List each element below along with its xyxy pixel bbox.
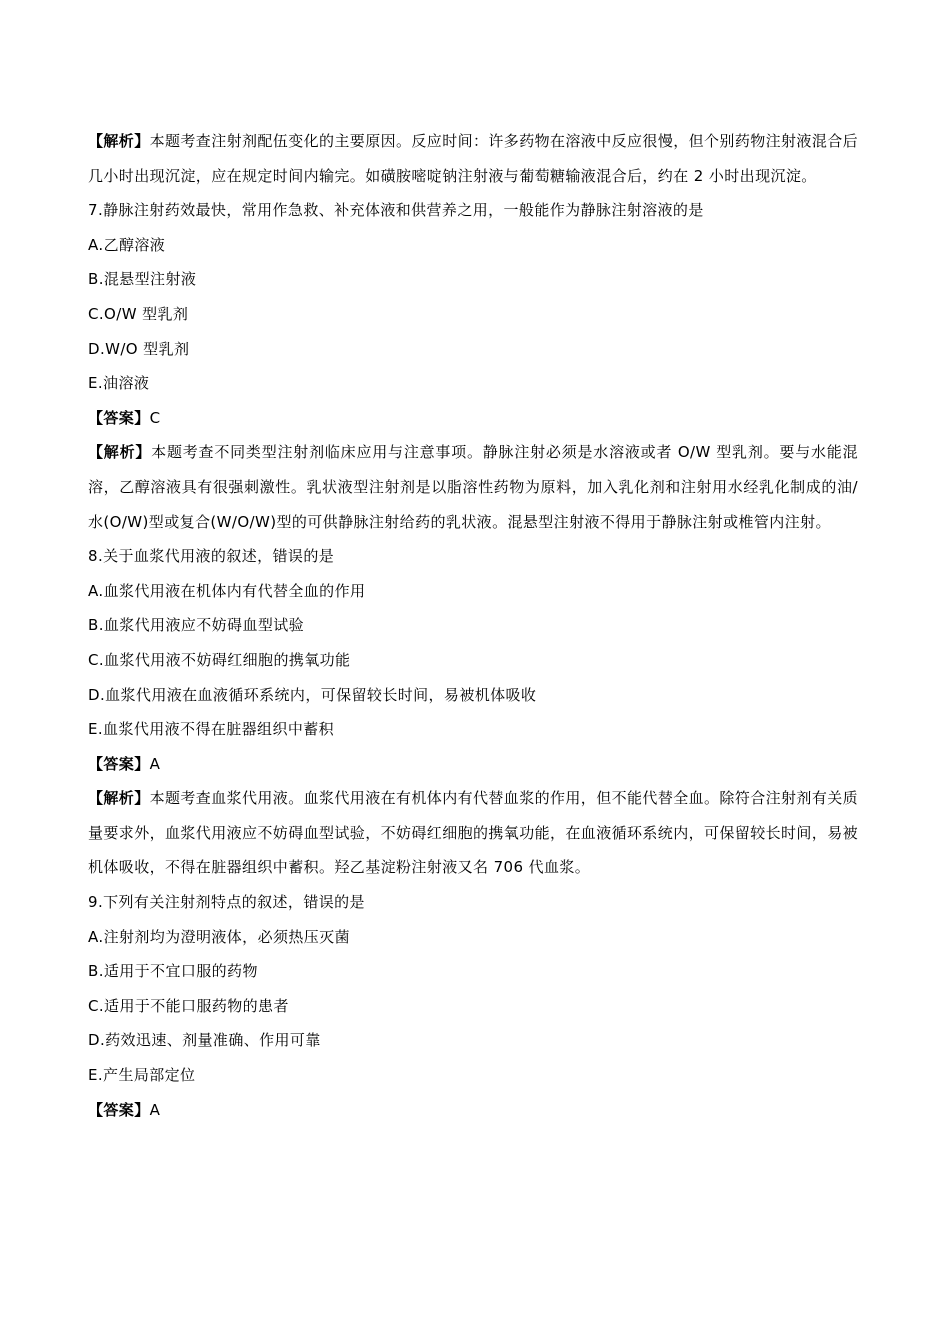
question-9-option-d: D.药效迅速、剂量准确、作用可靠	[88, 1023, 858, 1058]
option-text: 适用于不能口服药物的患者	[104, 997, 289, 1015]
answer-value: C	[150, 409, 161, 427]
option-text: O/W 型乳剂	[104, 305, 188, 323]
question-8-option-e: E.血浆代用液不得在脏器组织中蓄积	[88, 712, 858, 747]
question-7-option-b: B.混悬型注射液	[88, 262, 858, 297]
question-8-option-d: D.血浆代用液在血液循环系统内，可保留较长时间，易被机体吸收	[88, 678, 858, 713]
question-number: 8.	[88, 547, 103, 565]
answer-label: 【答案】	[88, 755, 150, 773]
answer-label: 【答案】	[88, 1101, 150, 1119]
option-key: D.	[88, 340, 105, 358]
option-key: D.	[88, 686, 105, 704]
option-key: D.	[88, 1031, 105, 1049]
option-key: E.	[88, 1066, 103, 1084]
answer-value: A	[150, 1101, 161, 1119]
option-text: 油溶液	[103, 374, 149, 392]
question-stem: 下列有关注射剂特点的叙述，错误的是	[103, 893, 365, 911]
option-key: C.	[88, 651, 104, 669]
question-8-option-a: A.血浆代用液在机体内有代替全血的作用	[88, 574, 858, 609]
option-text: 产生局部定位	[103, 1066, 195, 1084]
answer-value: A	[150, 755, 161, 773]
option-key: C.	[88, 997, 104, 1015]
analysis-text: 本题考查血浆代用液。血浆代用液在有机体内有代替血浆的作用，但不能代替全血。除符合…	[88, 789, 858, 876]
question-8-option-b: B.血浆代用液应不妨碍血型试验	[88, 608, 858, 643]
answer-label: 【答案】	[88, 409, 150, 427]
option-text: 药效迅速、剂量准确、作用可靠	[105, 1031, 321, 1049]
option-text: 血浆代用液不妨碍红细胞的携氧功能	[104, 651, 350, 669]
option-text: 血浆代用液应不妨碍血型试验	[104, 616, 304, 634]
option-key: A.	[88, 582, 104, 600]
option-text: 乙醇溶液	[104, 236, 166, 254]
analysis-label: 【解析】	[88, 443, 151, 461]
question-9-stem: 9.下列有关注射剂特点的叙述，错误的是	[88, 885, 858, 920]
option-text: 血浆代用液不得在脏器组织中蓄积	[103, 720, 334, 738]
option-text: W/O 型乳剂	[105, 340, 189, 358]
question-8-option-c: C.血浆代用液不妨碍红细胞的携氧功能	[88, 643, 858, 678]
option-text: 血浆代用液在机体内有代替全血的作用	[104, 582, 366, 600]
question-7-option-d: D.W/O 型乳剂	[88, 332, 858, 367]
question-8-answer: 【答案】A	[88, 747, 858, 782]
question-7-option-a: A.乙醇溶液	[88, 228, 858, 263]
analysis-label: 【解析】	[88, 132, 150, 150]
question-number: 7.	[88, 201, 103, 219]
option-text: 适用于不宜口服的药物	[104, 962, 258, 980]
question-stem: 静脉注射药效最快，常用作急救、补充体液和供营养之用，一般能作为静脉注射溶液的是	[103, 201, 704, 219]
option-key: C.	[88, 305, 104, 323]
option-key: B.	[88, 962, 104, 980]
question-9-option-c: C.适用于不能口服药物的患者	[88, 989, 858, 1024]
question-7-option-e: E.油溶液	[88, 366, 858, 401]
question-number: 9.	[88, 893, 103, 911]
question-7-option-c: C.O/W 型乳剂	[88, 297, 858, 332]
question-9-answer: 【答案】A	[88, 1093, 858, 1128]
question-7-stem: 7.静脉注射药效最快，常用作急救、补充体液和供营养之用，一般能作为静脉注射溶液的…	[88, 193, 858, 228]
option-text: 混悬型注射液	[104, 270, 196, 288]
option-key: A.	[88, 236, 104, 254]
question-9-option-e: E.产生局部定位	[88, 1058, 858, 1093]
document-page: 【解析】本题考查注射剂配伍变化的主要原因。反应时间：许多药物在溶液中反应很慢，但…	[88, 124, 858, 1127]
question-7-analysis: 【解析】本题考查不同类型注射剂临床应用与注意事项。静脉注射必须是水溶液或者 O/…	[88, 435, 858, 539]
option-text: 血浆代用液在血液循环系统内，可保留较长时间，易被机体吸收	[105, 686, 536, 704]
question-9-option-a: A.注射剂均为澄明液体，必须热压灭菌	[88, 920, 858, 955]
analysis-label: 【解析】	[88, 789, 150, 807]
question-stem: 关于血浆代用液的叙述，错误的是	[103, 547, 334, 565]
option-key: B.	[88, 270, 104, 288]
question-8-stem: 8.关于血浆代用液的叙述，错误的是	[88, 539, 858, 574]
analysis-text: 本题考查注射剂配伍变化的主要原因。反应时间：许多药物在溶液中反应很慢，但个别药物…	[88, 132, 858, 185]
analysis-text: 本题考查不同类型注射剂临床应用与注意事项。静脉注射必须是水溶液或者 O/W 型乳…	[88, 443, 858, 530]
option-key: B.	[88, 616, 104, 634]
option-key: E.	[88, 720, 103, 738]
option-key: A.	[88, 928, 104, 946]
analysis-q6: 【解析】本题考查注射剂配伍变化的主要原因。反应时间：许多药物在溶液中反应很慢，但…	[88, 124, 858, 193]
question-9-option-b: B.适用于不宜口服的药物	[88, 954, 858, 989]
question-8-analysis: 【解析】本题考查血浆代用液。血浆代用液在有机体内有代替血浆的作用，但不能代替全血…	[88, 781, 858, 885]
option-text: 注射剂均为澄明液体，必须热压灭菌	[104, 928, 350, 946]
option-key: E.	[88, 374, 103, 392]
question-7-answer: 【答案】C	[88, 401, 858, 436]
